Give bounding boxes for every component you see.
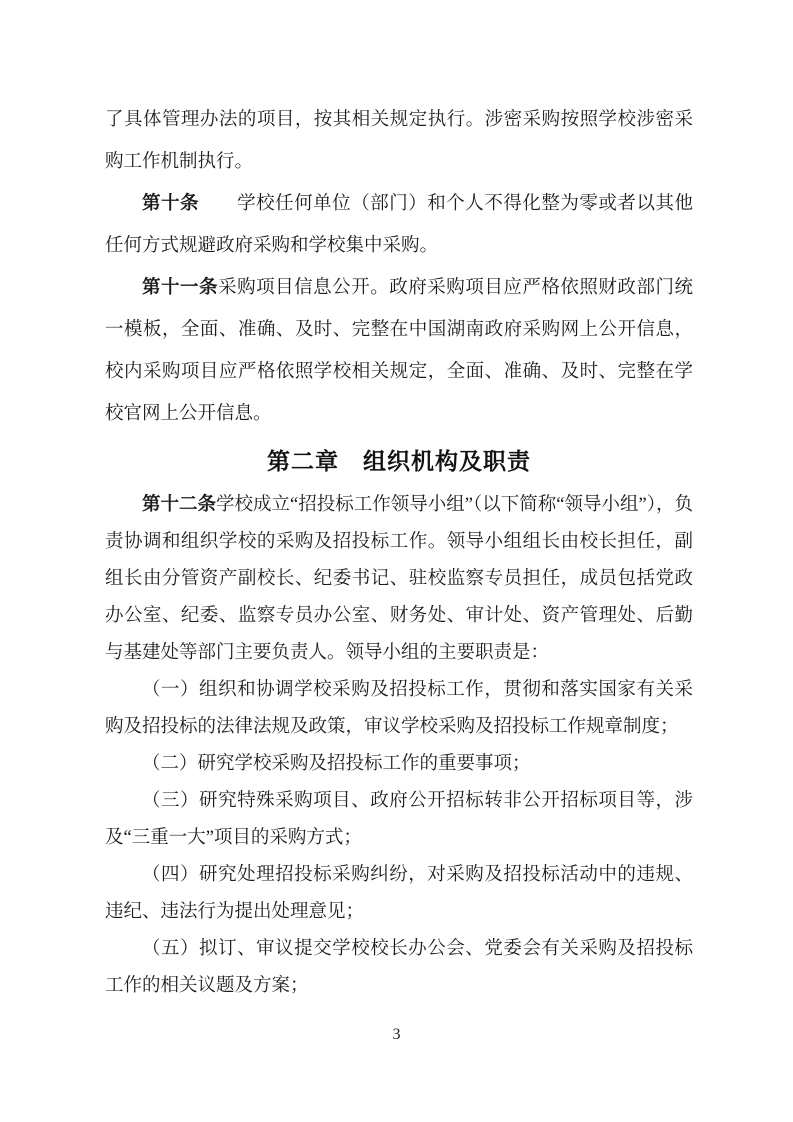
paragraph-text: （一）组织和协调学校采购及招投标工作，贯彻和落实国家有关采购及招投标的法律法规及…: [105, 680, 693, 737]
paragraph-item-4: （四）研究处理招投标采购纠纷，对采购及招投标活动中的违规、违纪、违法行为提出处理…: [105, 857, 693, 931]
paragraph-text: 采购项目信息公开。政府采购项目应严格依照财政部门统一模板，全面、准确、及时、完整…: [105, 278, 693, 424]
page-content: 了具体管理办法的项目，按其相关规定执行。涉密采购按照学校涉密采购工作机制执行。 …: [105, 99, 693, 1005]
paragraph-text: 了具体管理办法的项目，按其相关规定执行。涉密采购按照学校涉密采购工作机制执行。: [105, 110, 693, 172]
article-10-number: 第十条: [142, 194, 199, 214]
chapter-heading: 第二章 组织机构及职责: [105, 435, 693, 487]
section-before-heading: 了具体管理办法的项目，按其相关规定执行。涉密采购按照学校涉密采购工作机制执行。 …: [105, 99, 693, 435]
paragraph-item-2: （二）研究学校采购及招投标工作的重要事项；: [105, 746, 693, 783]
paragraph-text: （五）拟订、审议提交学校校长办公会、党委会有关采购及招投标工作的相关议题及方案；: [105, 939, 693, 996]
paragraph-item-5: （五）拟订、审议提交学校校长办公会、党委会有关采购及招投标工作的相关议题及方案；: [105, 931, 693, 1005]
paragraph-text: （三）研究特殊采购项目、政府公开招标转非公开招标项目等，涉及“三重一大”项目的采…: [105, 791, 693, 848]
page-number: 3: [0, 1023, 793, 1047]
section-after-heading: 第十二条学校成立“招投标工作领导小组”（以下简称“领导小组”），负责协调和组织学…: [105, 487, 693, 1005]
paragraph-item-3: （三）研究特殊采购项目、政府公开招标转非公开招标项目等，涉及“三重一大”项目的采…: [105, 783, 693, 857]
paragraph-article-11: 第十一条采购项目信息公开。政府采购项目应严格依照财政部门统一模板，全面、准确、及…: [105, 267, 693, 435]
paragraph-article-10: 第十条 学校任何单位（部门）和个人不得化整为零或者以其他任何方式规避政府采购和学…: [105, 183, 693, 267]
paragraph-item-1: （一）组织和协调学校采购及招投标工作，贯彻和落实国家有关采购及招投标的法律法规及…: [105, 672, 693, 746]
paragraph-text: （四）研究处理招投标采购纠纷，对采购及招投标活动中的违规、违纪、违法行为提出处理…: [105, 865, 693, 922]
paragraph-text: （二）研究学校采购及招投标工作的重要事项；: [142, 754, 531, 774]
paragraph-article-12: 第十二条学校成立“招投标工作领导小组”（以下简称“领导小组”），负责协调和组织学…: [105, 487, 693, 672]
paragraph-text: 学校成立“招投标工作领导小组”（以下简称“领导小组”），负责协调和组织学校的采购…: [105, 495, 693, 663]
document-page: 了具体管理办法的项目，按其相关规定执行。涉密采购按照学校涉密采购工作机制执行。 …: [0, 0, 793, 1122]
paragraph-continuation: 了具体管理办法的项目，按其相关规定执行。涉密采购按照学校涉密采购工作机制执行。: [105, 99, 693, 183]
article-12-number: 第十二条: [142, 495, 216, 515]
article-11-number: 第十一条: [142, 278, 218, 298]
